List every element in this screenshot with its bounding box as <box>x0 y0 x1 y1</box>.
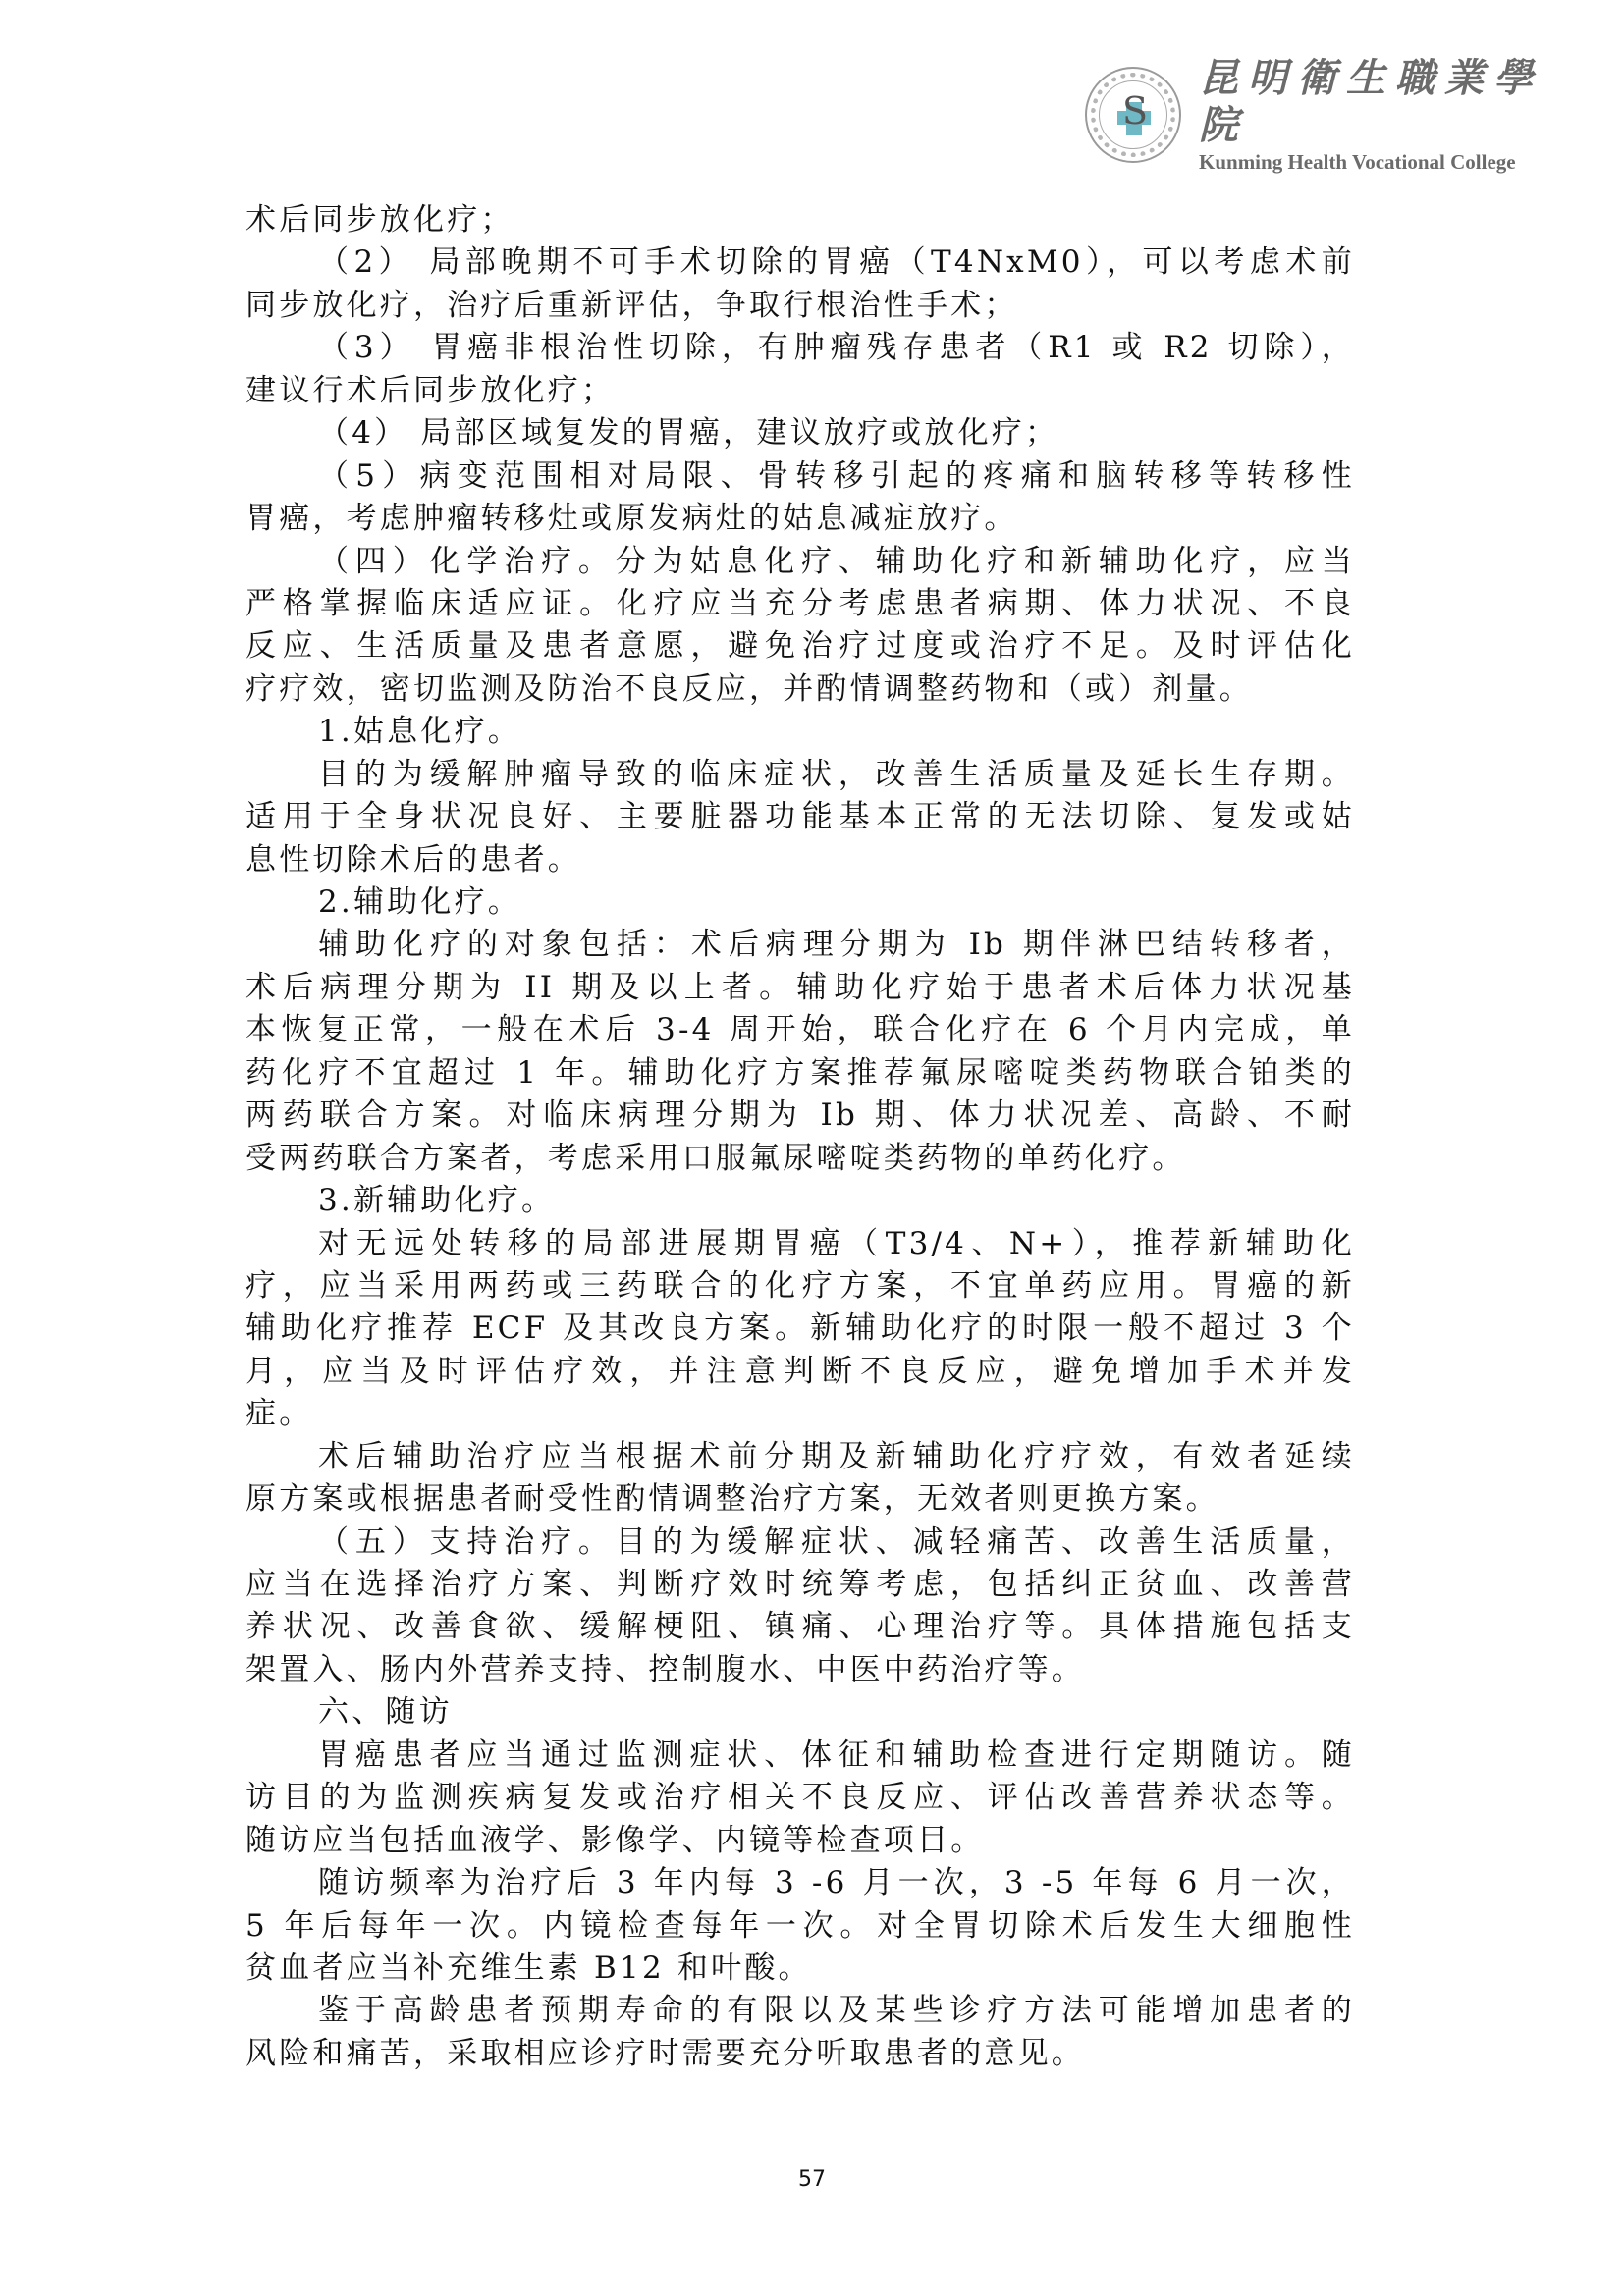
text-line: 胃癌患者应当通过监测症状、体征和辅助检查进行定期随访。随 <box>245 1735 1355 1777</box>
text-line: 随访频率为治疗后 3 年内每 3 -6 月一次，3 -5 年每 6 月一次， <box>245 1862 1355 1904</box>
text-line: （2） 局部晚期不可手术切除的胃癌（T4NxM0），可以考虑术前 <box>245 241 1355 284</box>
text-line: （4） 局部区域复发的胃癌，建议放疗或放化疗； <box>245 412 1355 454</box>
text-line: 反应、生活质量及患者意愿，避免治疗过度或治疗不足。及时评估化 <box>245 625 1355 667</box>
text-line: 风险和痛苦，采取相应诊疗时需要充分听取患者的意见。 <box>245 2033 1355 2075</box>
text-line: 目的为缓解肿瘤导致的临床症状，改善生活质量及延长生存期。 <box>245 754 1355 796</box>
text-line: 受两药联合方案者，考虑采用口服氟尿嘧啶类药物的单药化疗。 <box>245 1138 1355 1180</box>
text-line: 养状况、改善食欲、缓解梗阻、镇痛、心理治疗等。具体措施包括支 <box>245 1606 1355 1648</box>
text-line: 建议行术后同步放化疗； <box>245 370 1355 412</box>
text-line: 两药联合方案。对临床病理分期为 Ib 期、体力状况差、高龄、不耐 <box>245 1095 1355 1137</box>
text-line: （3） 胃癌非根治性切除，有肿瘤残存患者（R1 或 R2 切除）， <box>245 327 1355 369</box>
text-line: 月，应当及时评估疗效，并注意判断不良反应，避免增加手术并发 <box>245 1351 1355 1393</box>
text-line: 辅助化疗的对象包括：术后病理分期为 Ib 期伴淋巴结转移者， <box>245 924 1355 966</box>
text-line: 药化疗不宜超过 1 年。辅助化疗方案推荐氟尿嘧啶类药物联合铂类的 <box>245 1052 1355 1095</box>
text-line: 息性切除术后的患者。 <box>245 839 1355 881</box>
college-name-chinese: 昆明衛生職業學院 <box>1199 55 1546 149</box>
text-line: （5）病变范围相对局限、骨转移引起的疼痛和脑转移等转移性 <box>245 455 1355 498</box>
college-name: 昆明衛生職業學院 Kunming Health Vocational Colle… <box>1199 55 1546 175</box>
text-line: 架置入、肠内外营养支持、控制腹水、中医中药治疗等。 <box>245 1649 1355 1691</box>
text-line: 疗疗效，密切监测及防治不良反应，并酌情调整药物和（或）剂量。 <box>245 668 1355 711</box>
text-line: 胃癌，考虑肿瘤转移灶或原发病灶的姑息减症放疗。 <box>245 498 1355 540</box>
text-line: 2.辅助化疗。 <box>245 881 1355 924</box>
text-line: （四）化学治疗。分为姑息化疗、辅助化疗和新辅助化疗，应当 <box>245 541 1355 583</box>
text-line: 严格掌握临床适应证。化疗应当充分考虑患者病期、体力状况、不良 <box>245 583 1355 625</box>
document-body: 术后同步放化疗；（2） 局部晚期不可手术切除的胃癌（T4NxM0），可以考虑术前… <box>245 199 1355 2075</box>
college-logo: S 昆明衛生職業學院 Kunming Health Vocational Col… <box>1085 63 1546 166</box>
text-line: 对无远处转移的局部进展期胃癌（T3/4、N+），推荐新辅助化 <box>245 1223 1355 1265</box>
text-line: 疗，应当采用两药或三药联合的化疗方案，不宜单药应用。胃癌的新 <box>245 1265 1355 1308</box>
text-line: 访目的为监测疾病复发或治疗相关不良反应、评估改善营养状态等。 <box>245 1777 1355 1819</box>
text-line: 1.姑息化疗。 <box>245 711 1355 753</box>
text-line: 术后辅助治疗应当根据术前分期及新辅助化疗疗效，有效者延续 <box>245 1436 1355 1478</box>
text-line: 鉴于高龄患者预期寿命的有限以及某些诊疗方法可能增加患者的 <box>245 1990 1355 2032</box>
text-line: 辅助化疗推荐 ECF 及其改良方案。新辅助化疗的时限一般不超过 3 个 <box>245 1308 1355 1350</box>
text-line: 症。 <box>245 1393 1355 1435</box>
text-line: 随访应当包括血液学、影像学、内镜等检查项目。 <box>245 1820 1355 1862</box>
college-seal-icon: S <box>1085 67 1181 163</box>
text-line: 适用于全身状况良好、主要脏器功能基本正常的无法切除、复发或姑 <box>245 796 1355 838</box>
text-line: 贫血者应当补充维生素 B12 和叶酸。 <box>245 1948 1355 1990</box>
text-line: 六、随访 <box>245 1691 1355 1734</box>
text-line: 5 年后每年一次。内镜检查每年一次。对全胃切除术后发生大细胞性 <box>245 1905 1355 1948</box>
text-line: 同步放化疗，治疗后重新评估，争取行根治性手术； <box>245 285 1355 327</box>
dragon-s-icon: S <box>1122 92 1148 130</box>
text-line: （五）支持治疗。目的为缓解症状、减轻痛苦、改善生活质量， <box>245 1522 1355 1564</box>
text-line: 3.新辅助化疗。 <box>245 1180 1355 1222</box>
text-line: 术后病理分期为 II 期及以上者。辅助化疗始于患者术后体力状况基 <box>245 967 1355 1009</box>
college-name-english: Kunming Health Vocational College <box>1199 149 1546 175</box>
text-line: 原方案或根据患者耐受性酌情调整治疗方案，无效者则更换方案。 <box>245 1478 1355 1521</box>
text-line: 本恢复正常，一般在术后 3-4 周开始，联合化疗在 6 个月内完成，单 <box>245 1009 1355 1051</box>
text-line: 应当在选择治疗方案、判断疗效时统筹考虑，包括纠正贫血、改善营 <box>245 1564 1355 1606</box>
text-line: 术后同步放化疗； <box>245 199 1355 241</box>
page-number: 57 <box>0 2167 1624 2192</box>
